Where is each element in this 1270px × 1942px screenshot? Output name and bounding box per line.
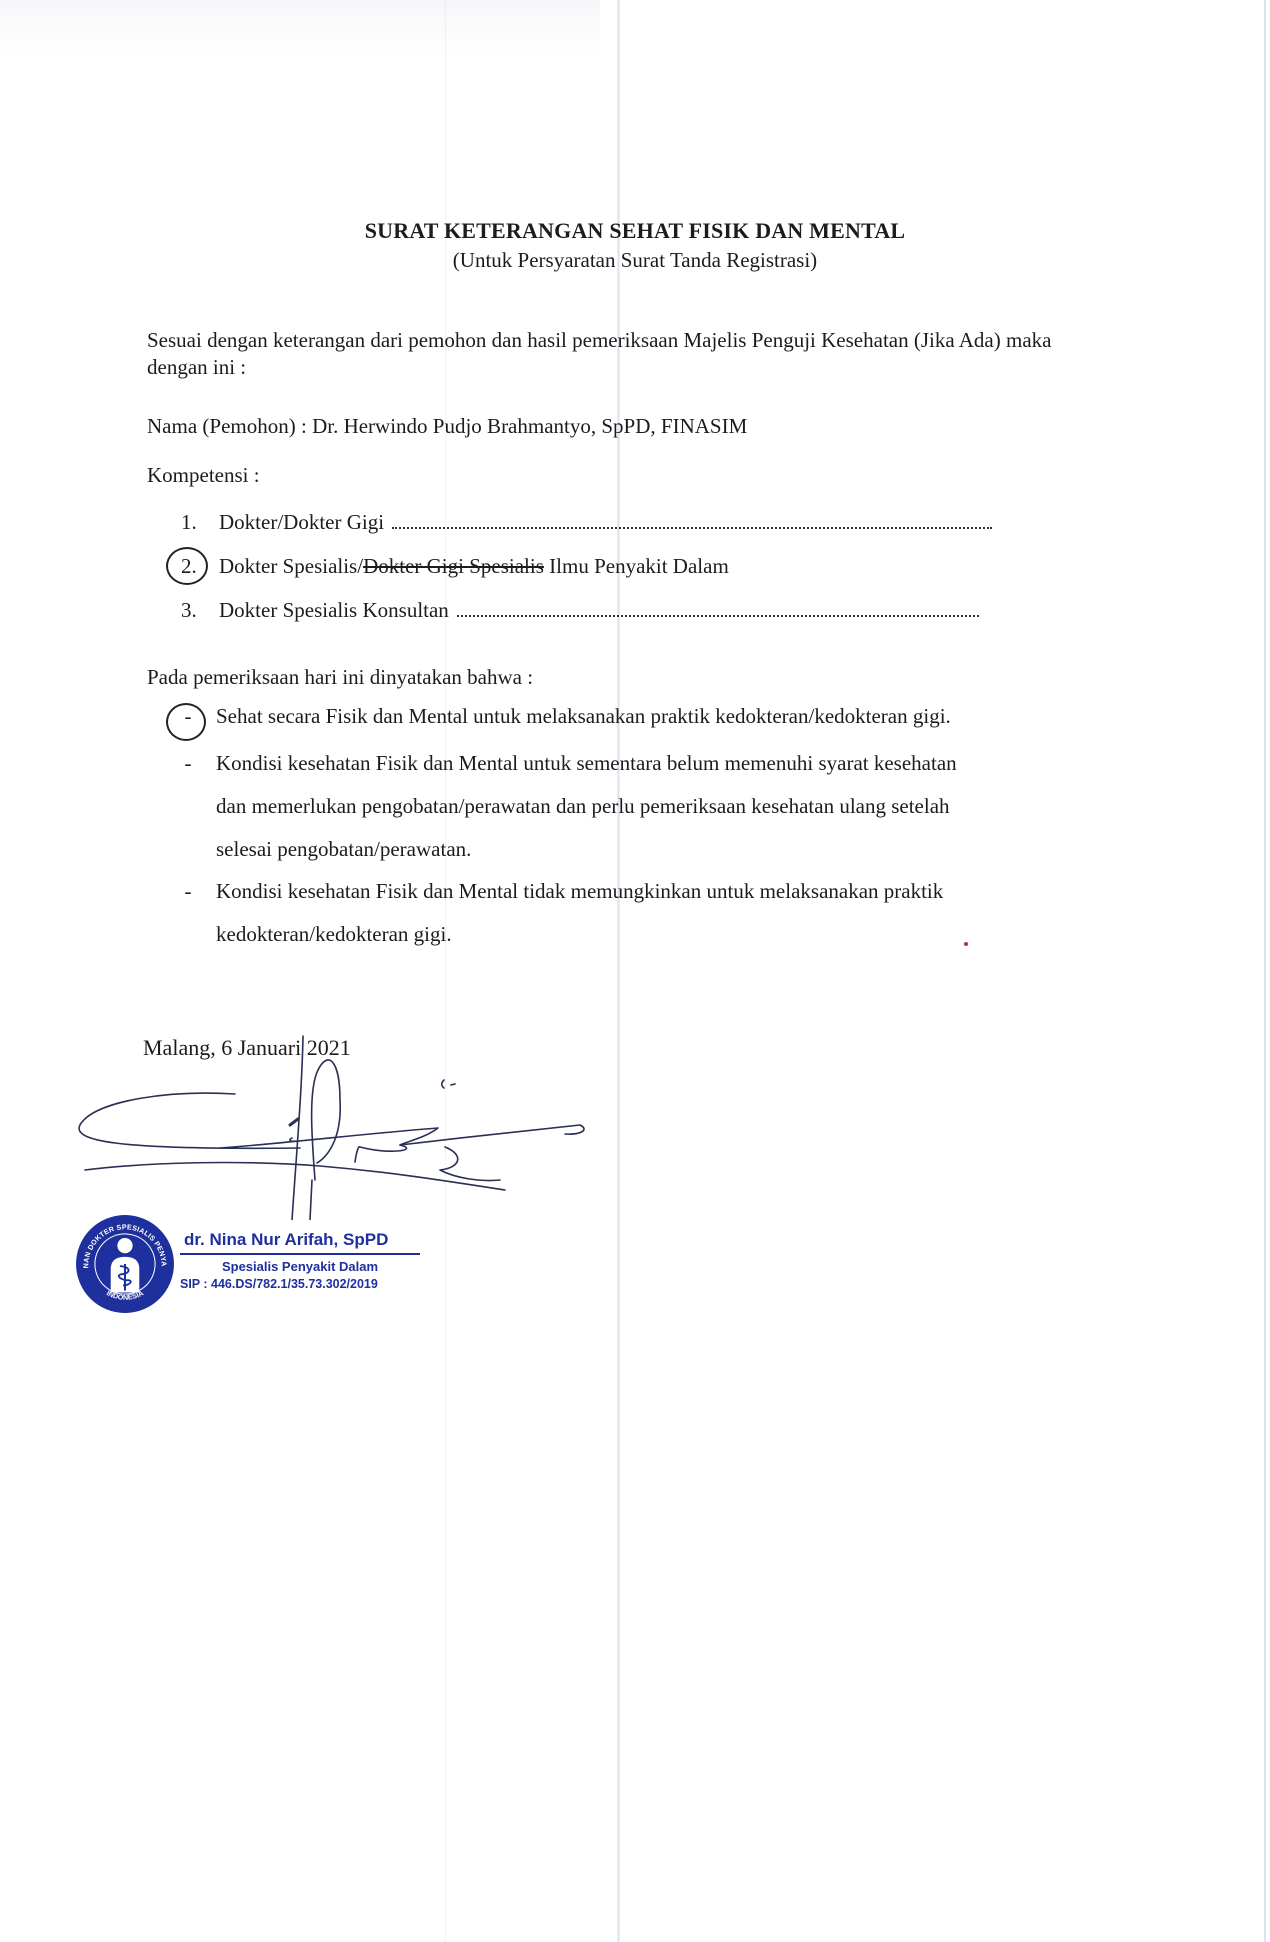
- competence-label: Kompetensi :: [147, 462, 1087, 489]
- statement-text-line: Kondisi kesehatan Fisik dan Mental tidak…: [216, 870, 1096, 913]
- scan-fold-line: [617, 0, 620, 1942]
- competence-number: 3.: [181, 597, 205, 624]
- competence-text: Dokter Spesialis/: [219, 554, 363, 578]
- fill-line: [457, 597, 979, 617]
- applicant-line: Nama (Pemohon) : Dr. Herwindo Pudjo Brah…: [147, 413, 1087, 440]
- handwritten-signature: [60, 1030, 620, 1220]
- papdi-stamp-logo: PERHIMPUNAN DOKTER SPESIALIS PENYAKIT DA…: [74, 1213, 176, 1315]
- scan-artifact-smudge: [0, 0, 600, 55]
- statement-bullet: -: [182, 742, 194, 785]
- scan-fold-line-faint: [445, 0, 446, 1942]
- competence-suffix: Ilmu Penyakit Dalam: [544, 554, 729, 578]
- signatory-name: dr. Nina Nur Arifah, SpPD: [180, 1230, 420, 1255]
- examination-label: Pada pemeriksaan hari ini dinyatakan bah…: [147, 664, 1087, 691]
- document-subtitle: (Untuk Persyaratan Surat Tanda Registras…: [0, 248, 1270, 273]
- statement-text-line: dan memerlukan pengobatan/perawatan dan …: [216, 785, 1096, 828]
- competence-text: Dokter Spesialis Konsultan: [219, 598, 449, 622]
- scan-edge-line: [1264, 0, 1266, 1942]
- signatory-stamp: dr. Nina Nur Arifah, SpPD Spesialis Peny…: [180, 1230, 420, 1292]
- statement-text-line: kedokteran/kedokteran gigi.: [216, 913, 1096, 956]
- statement-text-line: Kondisi kesehatan Fisik dan Mental untuk…: [216, 742, 1096, 785]
- statement-text: Sehat secara Fisik dan Mental untuk mela…: [216, 695, 1096, 738]
- competence-number: 2.: [181, 553, 205, 580]
- fill-line: [392, 509, 992, 529]
- applicant-label: Nama (Pemohon): [147, 414, 296, 438]
- document-title: SURAT KETERANGAN SEHAT FISIK DAN MENTAL: [0, 218, 1270, 244]
- intro-paragraph: Sesuai dengan keterangan dari pemohon da…: [147, 327, 1087, 381]
- signatory-sip: SIP : 446.DS/782.1/35.73.302/2019: [180, 1276, 420, 1292]
- applicant-separator: :: [296, 414, 312, 438]
- competence-text: Dokter/Dokter Gigi: [219, 510, 384, 534]
- statement-bullet: -: [182, 695, 194, 738]
- scan-artifact-dot: [964, 942, 968, 946]
- statement-bullet: -: [182, 870, 194, 913]
- applicant-name: Dr. Herwindo Pudjo Brahmantyo, SpPD, FIN…: [312, 414, 747, 438]
- struck-text: Dokter Gigi Spesialis: [363, 554, 544, 578]
- competence-number: 1.: [181, 509, 205, 536]
- signatory-title: Spesialis Penyakit Dalam: [180, 1258, 420, 1276]
- statement-text-line: selesai pengobatan/perawatan.: [216, 828, 1096, 871]
